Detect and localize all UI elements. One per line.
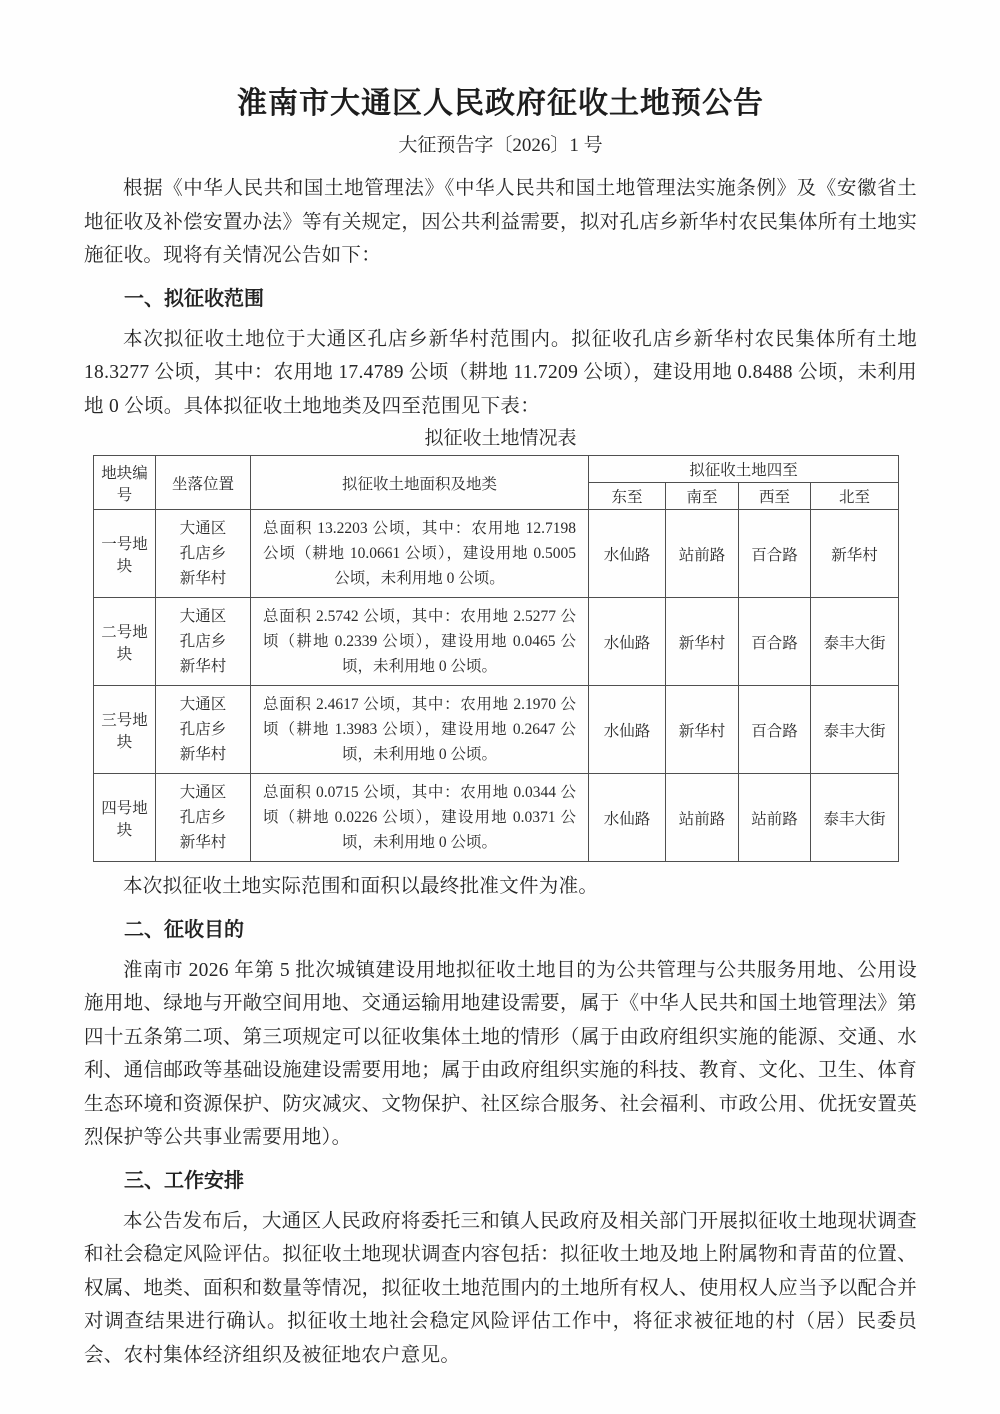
table-row: 三号地块 大通区 孔店乡 新华村 总面积 2.4617 公顷，其中：农用地 2.… [94, 686, 899, 774]
cell-location: 大通区 孔店乡 新华村 [156, 774, 251, 862]
cell-west: 百合路 [739, 686, 811, 774]
header-boundaries-group: 拟征收土地四至 [589, 456, 899, 483]
table-row: 四号地块 大通区 孔店乡 新华村 总面积 0.0715 公顷，其中：农用地 0.… [94, 774, 899, 862]
cell-area-type: 总面积 2.4617 公顷，其中：农用地 2.1970 公顷（耕地 1.3983… [251, 686, 589, 774]
cell-location: 大通区 孔店乡 新华村 [156, 686, 251, 774]
section-1-heading: 一、拟征收范围 [84, 283, 917, 315]
header-south: 南至 [666, 483, 739, 510]
land-acquisition-table: 地块编号 坐落位置 拟征收土地面积及地类 拟征收土地四至 东至 南至 西至 北至… [93, 455, 899, 862]
cell-north: 泰丰大街 [811, 598, 899, 686]
header-north: 北至 [811, 483, 899, 510]
cell-area-type: 总面积 2.5742 公顷，其中：农用地 2.5277 公顷（耕地 0.2339… [251, 598, 589, 686]
header-east: 东至 [589, 483, 666, 510]
document-page: 淮南市大通区人民政府征收土地预公告 大征预告字〔2026〕1 号 根据《中华人民… [0, 0, 1000, 1414]
cell-south: 新华村 [666, 686, 739, 774]
table-row: 二号地块 大通区 孔店乡 新华村 总面积 2.5742 公顷，其中：农用地 2.… [94, 598, 899, 686]
cell-location: 大通区 孔店乡 新华村 [156, 598, 251, 686]
section-1: 一、拟征收范围 本次拟征收土地位于大通区孔店乡新华村范围内。拟征收孔店乡新华村农… [84, 283, 917, 424]
header-west: 西至 [739, 483, 811, 510]
table-header: 地块编号 坐落位置 拟征收土地面积及地类 拟征收土地四至 东至 南至 西至 北至 [94, 456, 899, 510]
header-area-type: 拟征收土地面积及地类 [251, 456, 589, 510]
cell-east: 水仙路 [589, 598, 666, 686]
cell-north: 泰丰大街 [811, 686, 899, 774]
cell-west: 站前路 [739, 774, 811, 862]
document-title: 淮南市大通区人民政府征收土地预公告 [84, 86, 917, 122]
section-2: 二、征收目的 淮南市 2026 年第 5 批次城镇建设用地拟征收土地目的为公共管… [84, 914, 917, 1155]
header-location: 坐落位置 [156, 456, 251, 510]
cell-south: 站前路 [666, 510, 739, 598]
cell-south: 新华村 [666, 598, 739, 686]
cell-south: 站前路 [666, 774, 739, 862]
cell-area-type: 总面积 0.0715 公顷，其中：农用地 0.0344 公顷（耕地 0.0226… [251, 774, 589, 862]
table-row: 一号地块 大通区 孔店乡 新华村 总面积 13.2203 公顷，其中：农用地 1… [94, 510, 899, 598]
document-number: 大征预告字〔2026〕1 号 [84, 134, 917, 158]
section-2-heading: 二、征收目的 [84, 914, 917, 946]
table-title: 拟征收土地情况表 [84, 425, 917, 453]
table-note: 本次拟征收土地实际范围和面积以最终批准文件为准。 [84, 870, 917, 904]
cell-east: 水仙路 [589, 774, 666, 862]
intro-paragraph: 根据《中华人民共和国土地管理法》《中华人民共和国土地管理法实施条例》及《安徽省土… [84, 172, 917, 273]
cell-plot-number: 三号地块 [94, 686, 156, 774]
cell-west: 百合路 [739, 598, 811, 686]
section-1-paragraph: 本次拟征收土地位于大通区孔店乡新华村范围内。拟征收孔店乡新华村农民集体所有土地 … [84, 323, 917, 424]
section-3-heading: 三、工作安排 [84, 1165, 917, 1197]
cell-location: 大通区 孔店乡 新华村 [156, 510, 251, 598]
cell-north: 泰丰大街 [811, 774, 899, 862]
document-content: 淮南市大通区人民政府征收土地预公告 大征预告字〔2026〕1 号 根据《中华人民… [0, 0, 1000, 1372]
section-3: 三、工作安排 本公告发布后，大通区人民政府将委托三和镇人民政府及相关部门开展拟征… [84, 1165, 917, 1373]
header-plot-number: 地块编号 [94, 456, 156, 510]
cell-plot-number: 二号地块 [94, 598, 156, 686]
cell-west: 百合路 [739, 510, 811, 598]
cell-north: 新华村 [811, 510, 899, 598]
cell-plot-number: 四号地块 [94, 774, 156, 862]
cell-east: 水仙路 [589, 686, 666, 774]
cell-east: 水仙路 [589, 510, 666, 598]
table-header-row-1: 地块编号 坐落位置 拟征收土地面积及地类 拟征收土地四至 [94, 456, 899, 483]
section-2-paragraph: 淮南市 2026 年第 5 批次城镇建设用地拟征收土地目的为公共管理与公共服务用… [84, 954, 917, 1155]
section-3-paragraph: 本公告发布后，大通区人民政府将委托三和镇人民政府及相关部门开展拟征收土地现状调查… [84, 1205, 917, 1373]
cell-area-type: 总面积 13.2203 公顷，其中：农用地 12.7198 公顷（耕地 10.0… [251, 510, 589, 598]
cell-plot-number: 一号地块 [94, 510, 156, 598]
